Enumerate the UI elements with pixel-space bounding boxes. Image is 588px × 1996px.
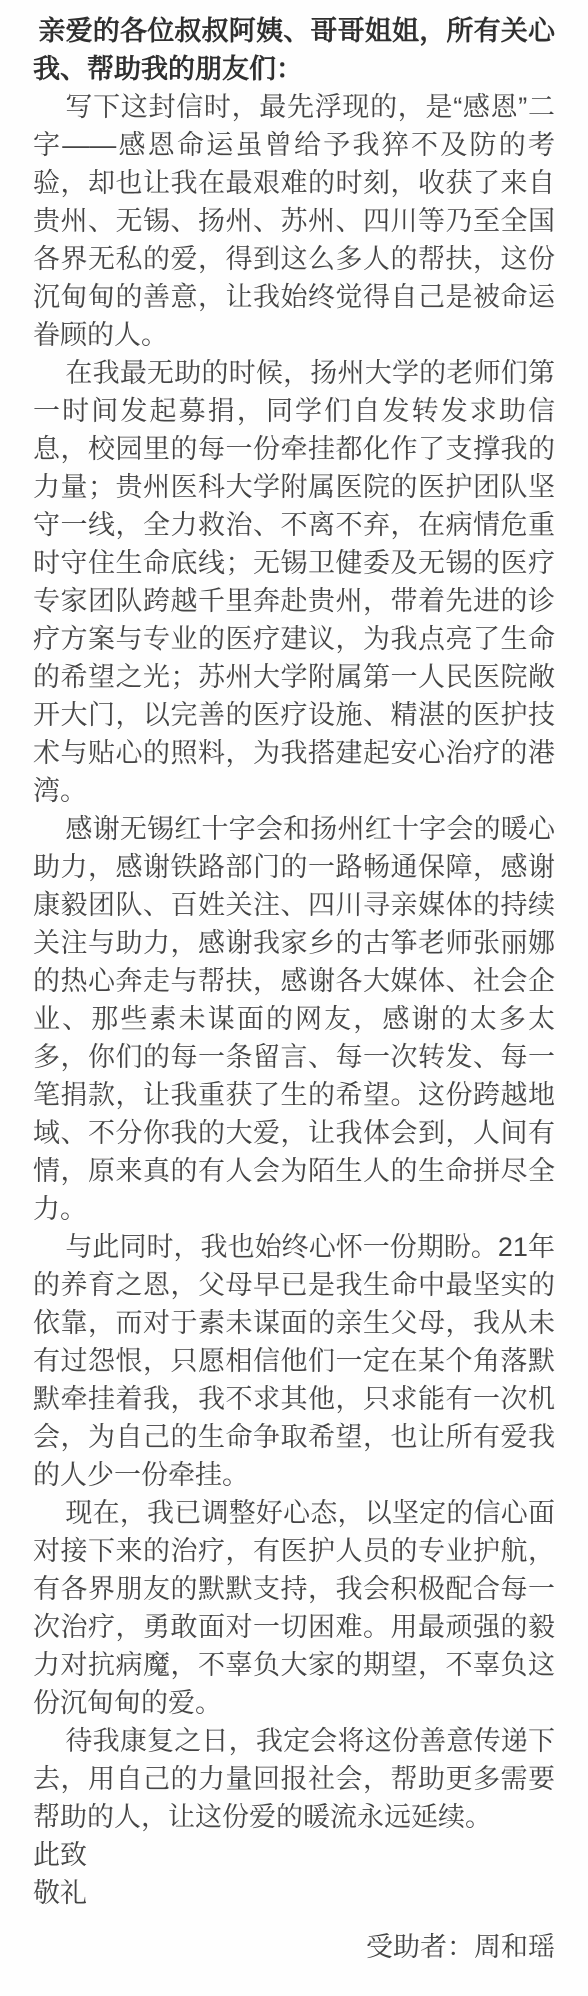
closing-cizhi: 此致 — [33, 1836, 555, 1874]
letter-paragraph-resolve: 现在，我已调整好心态，以坚定的信心面对接下来的治疗，有医护人员的专业护航，有各界… — [33, 1494, 555, 1722]
letter-paragraph-repay: 待我康复之日，我定会将这份善意传递下去，用自己的力量回报社会，帮助更多需要帮助的… — [33, 1722, 555, 1836]
signature-recipient-name: 受助者：周和瑶 — [33, 1928, 555, 1966]
closing-jingli: 敬礼 — [33, 1874, 555, 1912]
letter-paragraph-hospitals: 在我最无助的时候，扬州大学的老师们第一时间发起募捐，同学们自发转发求助信息，校园… — [33, 354, 555, 810]
letter-paragraph-gratitude-intro: 写下这封信时，最先浮现的，是“感恩”二字——感恩命运虽曾给予我猝不及防的考验，却… — [33, 88, 555, 354]
letter-paragraph-thanks-list: 感谢无锡红十字会和扬州红十字会的暖心助力，感谢铁路部门的一路畅通保障，感谢康毅团… — [33, 810, 555, 1228]
letter-paragraph-hope: 与此同时，我也始终心怀一份期盼。21年的养育之恩，父母早已是我生命中最坚实的依靠… — [33, 1228, 555, 1494]
letter-page: 亲爱的各位叔叔阿姨、哥哥姐姐，所有关心我、帮助我的朋友们： 写下这封信时，最先浮… — [0, 0, 588, 1996]
letter-salutation: 亲爱的各位叔叔阿姨、哥哥姐姐，所有关心我、帮助我的朋友们： — [33, 12, 555, 88]
